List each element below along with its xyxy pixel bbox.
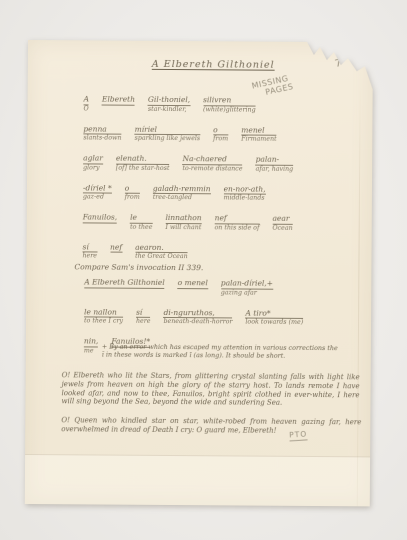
elvish-term: le (130, 213, 152, 224)
english-gloss: afar, having (256, 165, 294, 173)
word-pair: nef (110, 242, 122, 261)
manuscript-page: A Elbereth Gilthoniel MISSING PAGES 7 AO… (25, 40, 373, 506)
elvish-term: míriel (135, 124, 201, 135)
elvish-term: o menel (178, 278, 208, 289)
word-pair: galadh-remmintree-tangled (153, 183, 211, 202)
english-gloss: middle-lands (223, 194, 265, 202)
interlinear-analysis: AOElbereth Gil-thoniel,star-kindler,sili… (82, 94, 359, 273)
elvish-term: nef (110, 242, 122, 253)
english-gloss: [of] the star-host (116, 164, 170, 172)
elvish-term: A tiro* (245, 308, 303, 319)
word-pair: síhere (82, 242, 97, 261)
elvish-term: galadh-remmin (153, 183, 211, 194)
compare-note: Compare Sam's invocation II 339. (74, 262, 203, 272)
elvish-term: le nallon (84, 307, 123, 318)
elvish-term: en-nor-ath, (224, 184, 266, 195)
english-gloss: O (83, 105, 88, 113)
elvish-term: aearon. (135, 242, 188, 253)
elvish-term: Fanuilos, (83, 212, 117, 223)
word-pair: A tiro*look towards (me) (245, 308, 303, 327)
word-pair: mírielsparkling like jewels (135, 124, 201, 143)
english-gloss (83, 223, 117, 231)
english-gloss: sparkling like jewels (135, 135, 201, 143)
word-pair: aglarglory (83, 153, 103, 172)
english-gloss: I will chant (165, 223, 201, 231)
elvish-term: -díriel * (83, 183, 112, 194)
english-gloss: glory (83, 164, 103, 172)
elvish-term: palan- (256, 155, 294, 166)
word-pair: o menel (178, 278, 208, 297)
english-gloss: star-kindler, (148, 105, 190, 113)
word-pair: en-nor-ath,middle-lands (223, 184, 265, 203)
word-pair: aearOcean (272, 214, 292, 233)
word-pair: Fanuilos, (83, 212, 118, 231)
word-pair: linnathonI will chant (165, 213, 201, 232)
word-pair: palan-afar, having (256, 155, 294, 174)
word-pair: menelFirmament (241, 125, 277, 144)
word-pair: síhere (136, 307, 151, 326)
elvish-term: palan-díriel,+ (221, 278, 273, 289)
word-pair: aearon.the Great Ocean (135, 242, 188, 261)
elvish-term: aglar (83, 153, 103, 164)
pencil-note-number: 7 (334, 59, 343, 69)
english-gloss: beneath-death-horror (163, 318, 232, 326)
word-pair: palan-díriel,+gazing afar (221, 278, 273, 297)
prose-translation-2: O! Queen who kindled star on star, white… (61, 416, 361, 436)
gloss-line: A Elbereth Gilthoniel o menel palan-díri… (84, 277, 360, 297)
word-pair: ofrom (213, 125, 228, 144)
word-pair: leto thee (130, 213, 153, 232)
elvish-term: silivren (203, 95, 256, 106)
english-gloss: slants-down (83, 134, 121, 142)
word-pair: A Elbereth Gilthoniel (84, 277, 165, 296)
pencil-note-pto: PTO (289, 429, 308, 441)
word-pair: le nallonto thee I cry (84, 307, 123, 326)
word-pair: elenath.[of] the star-host (116, 154, 170, 173)
english-gloss: from (213, 135, 228, 143)
gloss-line: -díriel *gaz-edofromgaladh-remmintree-ta… (83, 183, 359, 203)
manuscript-photo: A Elbereth Gilthoniel MISSING PAGES 7 AO… (25, 40, 373, 506)
elvish-term: di-nguruthos, (164, 307, 233, 318)
elvish-term: Gil-thoniel, (148, 95, 190, 106)
word-pair: silivren(white)glittering (203, 95, 256, 114)
english-gloss: look towards (me) (245, 319, 303, 327)
word-pair: nefon this side of (215, 213, 260, 232)
english-gloss: Ocean (272, 224, 292, 232)
gloss-line: AOElbereth Gil-thoniel,star-kindler,sili… (83, 94, 359, 114)
english-gloss: here (136, 318, 151, 326)
english-gloss: to-remote distance (182, 165, 242, 173)
elvish-term: o (213, 125, 228, 136)
english-gloss: (white)glittering (203, 106, 256, 114)
elvish-term: menel (241, 125, 276, 136)
elvish-term: A Elbereth Gilthoniel (84, 277, 164, 288)
english-gloss: here (82, 252, 97, 260)
gloss-line: síherenef aearon.the Great Ocean (82, 242, 358, 262)
elvish-term: sí (136, 307, 151, 318)
english-gloss (84, 288, 164, 297)
word-pair: pennaslants-down (83, 124, 121, 143)
english-gloss: from (125, 194, 140, 202)
english-gloss: the Great Ocean (135, 253, 188, 261)
gloss-line: le nallonto thee I crysíheredi-nguruthos… (84, 307, 360, 327)
english-gloss: to thee I cry (84, 317, 123, 325)
english-gloss (178, 289, 208, 297)
elvish-term: A (84, 94, 89, 105)
english-gloss: gaz-ed (83, 193, 112, 201)
word-pair: -díriel *gaz-ed (83, 183, 112, 202)
elvish-term: Na-chaered (182, 154, 242, 165)
english-gloss: gazing afar (221, 289, 273, 297)
elvish-term: nin, (84, 336, 99, 347)
word-pair: ofrom (125, 183, 140, 202)
footnote: + By an error which has escaped my atten… (102, 344, 340, 361)
gloss-line: aglargloryelenath.[of] the star-hostNa-c… (83, 153, 359, 173)
elvish-term: o (125, 183, 140, 194)
word-pair: AO (83, 94, 89, 113)
word-pair: nin,me (84, 336, 99, 355)
elvish-term: sí (83, 242, 98, 253)
word-pair: Elbereth (102, 95, 135, 114)
elvish-term: elenath. (116, 154, 170, 165)
gloss-line: Fanuilos, leto theelinnathonI will chant… (83, 212, 359, 232)
word-pair: di-nguruthos,beneath-death-horror (163, 307, 232, 326)
elvish-term: Elbereth (102, 95, 135, 106)
english-gloss (102, 105, 135, 113)
english-gloss: on this side of (215, 224, 260, 232)
prose-translation-1: O! Elbereth who lit the Stars, from glit… (61, 371, 359, 408)
gloss-line: pennaslants-downmírielsparkling like jew… (83, 124, 359, 144)
word-pair: Na-chaeredto-remote distance (182, 154, 242, 173)
english-gloss: to thee (130, 223, 152, 231)
english-gloss: tree-tangled (153, 194, 211, 202)
english-gloss (110, 253, 122, 261)
page-title: A Elbereth Gilthoniel (152, 59, 275, 71)
english-gloss: me (84, 347, 99, 355)
word-pair: Gil-thoniel,star-kindler, (148, 95, 190, 114)
elvish-term: linnathon (165, 213, 201, 224)
english-gloss: Firmament (241, 135, 276, 143)
elvish-term: penna (83, 124, 121, 135)
elvish-term: aear (272, 214, 292, 225)
fold-line (25, 454, 370, 506)
elvish-term: nef (215, 213, 260, 224)
